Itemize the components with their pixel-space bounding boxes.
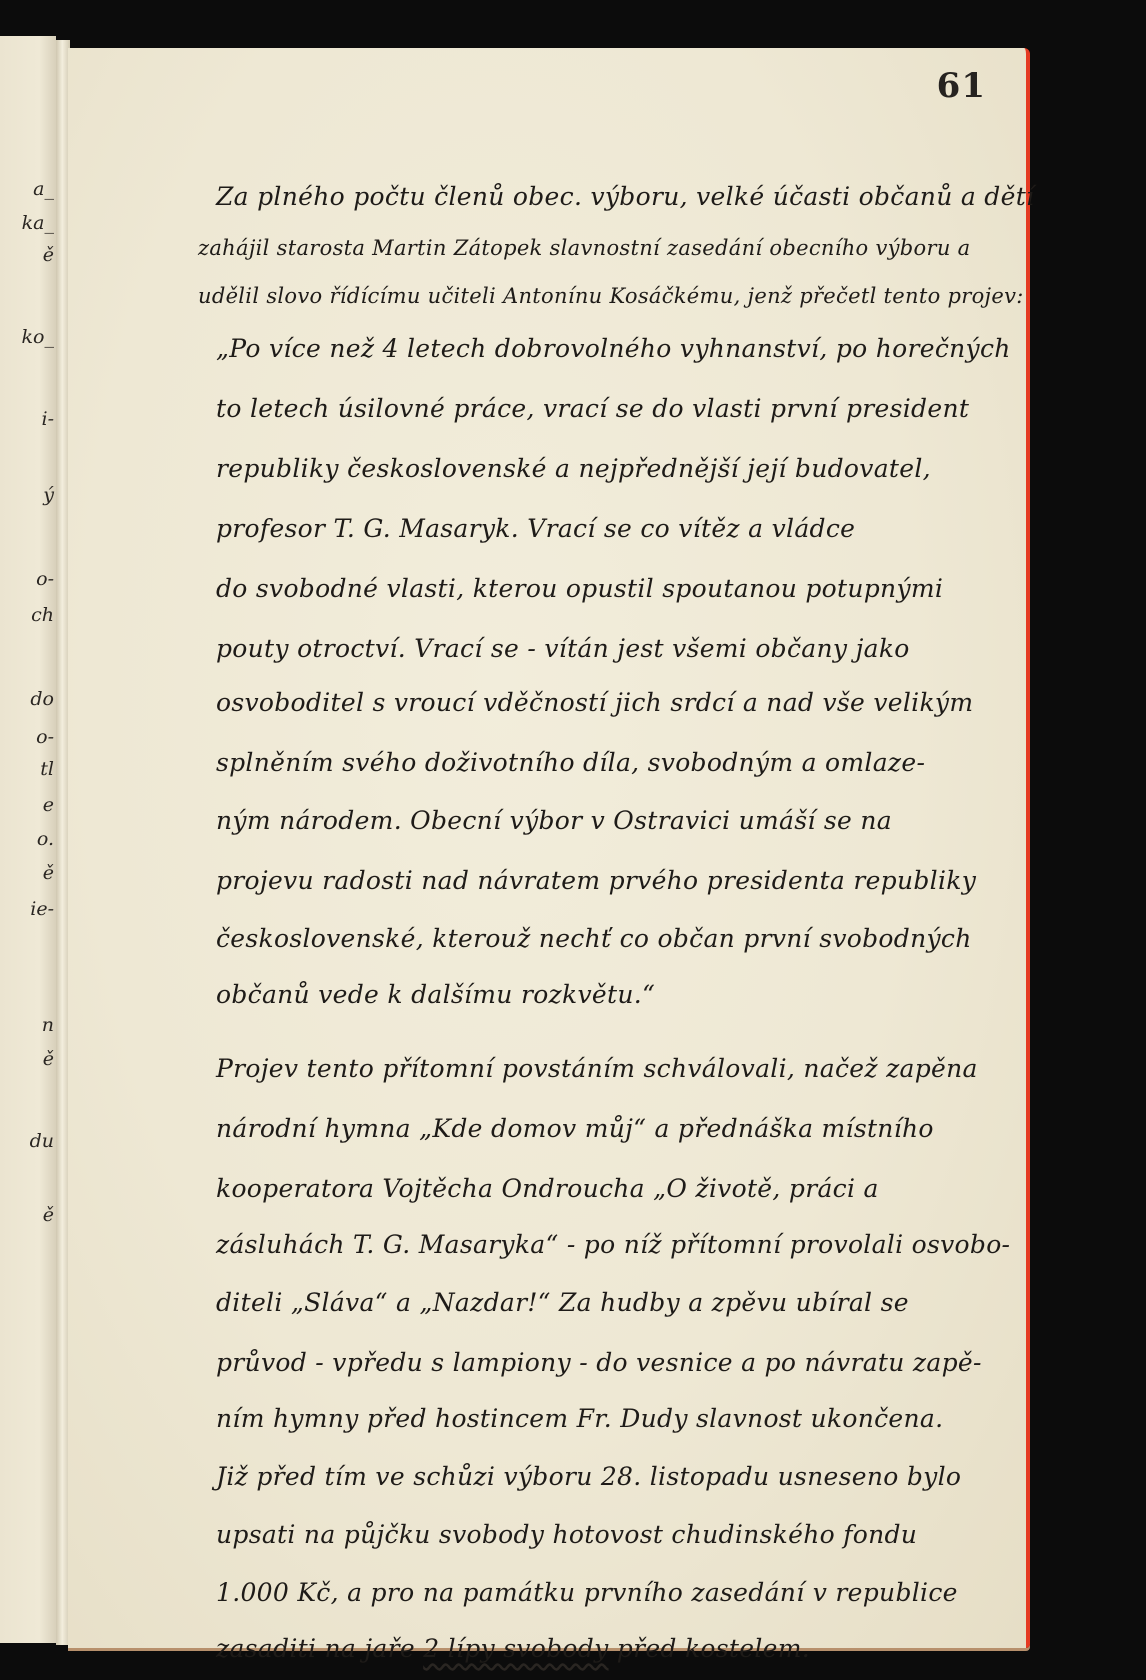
text-line: do svobodné vlasti, kterou opustil spout… [216,574,943,603]
text-line: to letech úsilovné práce, vrací se do vl… [216,394,969,423]
text-line: československé, kterouž nechť co občan p… [216,924,972,953]
text-line: zahájil starosta Martin Zátopek slavnost… [198,236,970,260]
left-page-fragment: o. [0,828,54,850]
text-line: Již před tím ve schůzi výboru 28. listop… [216,1462,961,1491]
left-page-fragment: n [0,1014,54,1036]
text-line-last: zasaditi na jaře 2 lípy svobody před kos… [216,1634,810,1663]
text-line: 1.000 Kč, a pro na památku prvního zased… [216,1578,958,1607]
text-line: pouty otroctví. Vrací se - vítán jest vš… [216,634,910,663]
text-line: Projev tento přítomní povstáním schválov… [216,1054,978,1083]
left-page-fragment: tl [0,758,54,780]
left-page-fragment: ka_ [0,212,54,234]
left-page-fragment: e [0,794,54,816]
text-line: občanů vede k dalšímu rozkvětu.“ [216,980,655,1009]
text-line: Za plného počtu členů obec. výboru, velk… [216,182,1034,211]
text-line: splněním svého doživotního díla, svobodn… [216,748,925,777]
text-line: republiky československé a nejpřednější … [216,454,931,483]
left-page-fragment: ch [0,604,54,626]
underlined-phrase: 2 lípy svobody [423,1634,608,1663]
left-page-fragment: do [0,688,54,710]
text-line: zásluhách T. G. Masaryka“ - po níž příto… [216,1230,1010,1259]
left-page-fragment: a_ [0,178,54,200]
left-page-fragment: ě [0,1048,54,1070]
left-page-fragment: ý [0,484,54,506]
text-line: ním hymny před hostincem Fr. Dudy slavno… [216,1404,943,1433]
text-line: národní hymna „Kde domov můj“ a přednášk… [216,1114,934,1143]
text-line: profesor T. G. Masaryk. Vrací se co vítě… [216,514,855,543]
left-page-fragment: o- [0,726,54,748]
left-page-edge: a_ ka_ ě ko_ i- ý o- ch do o- tl e o. ě … [0,36,56,1643]
text-line: průvod - vpředu s lampiony - do vesnice … [216,1348,982,1377]
text-line: upsati na půjčku svobody hotovost chudin… [216,1520,917,1549]
left-page-fragment: i- [0,408,54,430]
text-line: udělil slovo řídícímu učiteli Antonínu K… [198,284,1024,308]
left-page-fragment: ie- [0,898,54,920]
text-line: kooperatora Vojtěcha Ondroucha „O životě… [216,1174,879,1203]
left-page-fragment: ko_ [0,326,54,348]
text-line: osvoboditel s vroucí vděčností jich srdc… [216,688,973,717]
left-page-fragment: du [0,1130,54,1152]
text-line: „Po více než 4 letech dobrovolného vyhna… [216,334,1011,363]
left-page-fragment: ě [0,244,54,266]
right-page: 61 Za plného počtu členů obec. výboru, v… [68,48,1030,1648]
left-page-fragment: ě [0,862,54,884]
text-line: diteli „Sláva“ a „Nazdar!“ Za hudby a zp… [216,1288,909,1317]
text-line: ným národem. Obecní výbor v Ostravici um… [216,806,892,835]
left-page-fragment: o- [0,568,54,590]
left-page-fragment: ě [0,1204,54,1226]
handwritten-text-block: Za plného počtu členů obec. výboru, velk… [68,48,1026,1648]
text-line: projevu radosti nad návratem prvého pres… [216,866,976,895]
